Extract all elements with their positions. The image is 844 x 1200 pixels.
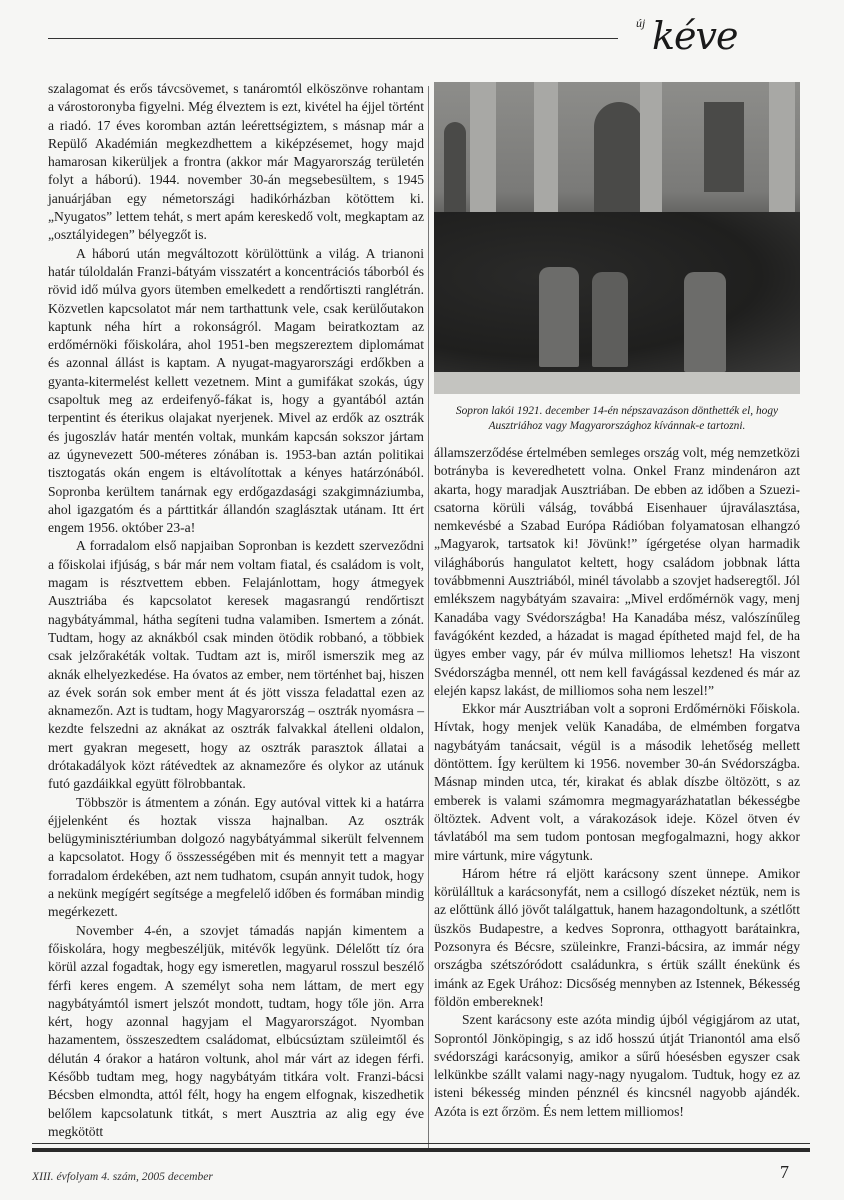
photo-caption: Sopron lakói 1921. december 14-én népsza… [434, 404, 800, 434]
building-steps [434, 372, 800, 394]
person-figure [684, 272, 726, 372]
paragraph: Három hétre rá eljött karácsony szent ün… [434, 865, 800, 1011]
building-doorway [594, 102, 644, 212]
article-column-left: szalagomat és erős távcsövemet, s tanáro… [48, 80, 424, 1141]
paragraph: szalagomat és erős távcsövemet, s tanáro… [48, 80, 424, 245]
paragraph: államszerződése értelmében semleges orsz… [434, 444, 800, 700]
building-pillar [470, 82, 496, 232]
logo-prefix: új [636, 16, 645, 31]
person-figure [592, 272, 628, 367]
paragraph: Ekkor már Ausztriában volt a soproni Erd… [434, 700, 800, 865]
issue-info: XIII. évfolyam 4. szám, 2005 december [32, 1170, 213, 1183]
building-pillar [534, 82, 558, 232]
paragraph: November 4-én, a szovjet támadás napján … [48, 922, 424, 1142]
footer-rule-thick [32, 1148, 810, 1152]
page-number: 7 [780, 1162, 789, 1183]
paragraph: Szent karácsony este azóta mindig újból … [434, 1011, 800, 1121]
historical-photo [434, 82, 800, 394]
building-pillar [640, 82, 662, 232]
footer-rule [32, 1143, 810, 1144]
magazine-logo: új kéve [624, 8, 814, 58]
building-arch [444, 122, 466, 212]
paragraph: Többször is átmentem a zónán. Egy autóva… [48, 794, 424, 922]
building-pillar [769, 82, 795, 232]
person-figure [539, 267, 579, 367]
column-divider [428, 86, 429, 1151]
building-window [704, 102, 744, 192]
paragraph: A forradalom első napjaiban Sopronban is… [48, 537, 424, 793]
header-rule [48, 38, 618, 39]
article-column-right: államszerződése értelmében semleges orsz… [434, 444, 800, 1121]
paragraph: A háború után megváltozott körülöttünk a… [48, 245, 424, 538]
logo-title: kéve [652, 16, 737, 56]
